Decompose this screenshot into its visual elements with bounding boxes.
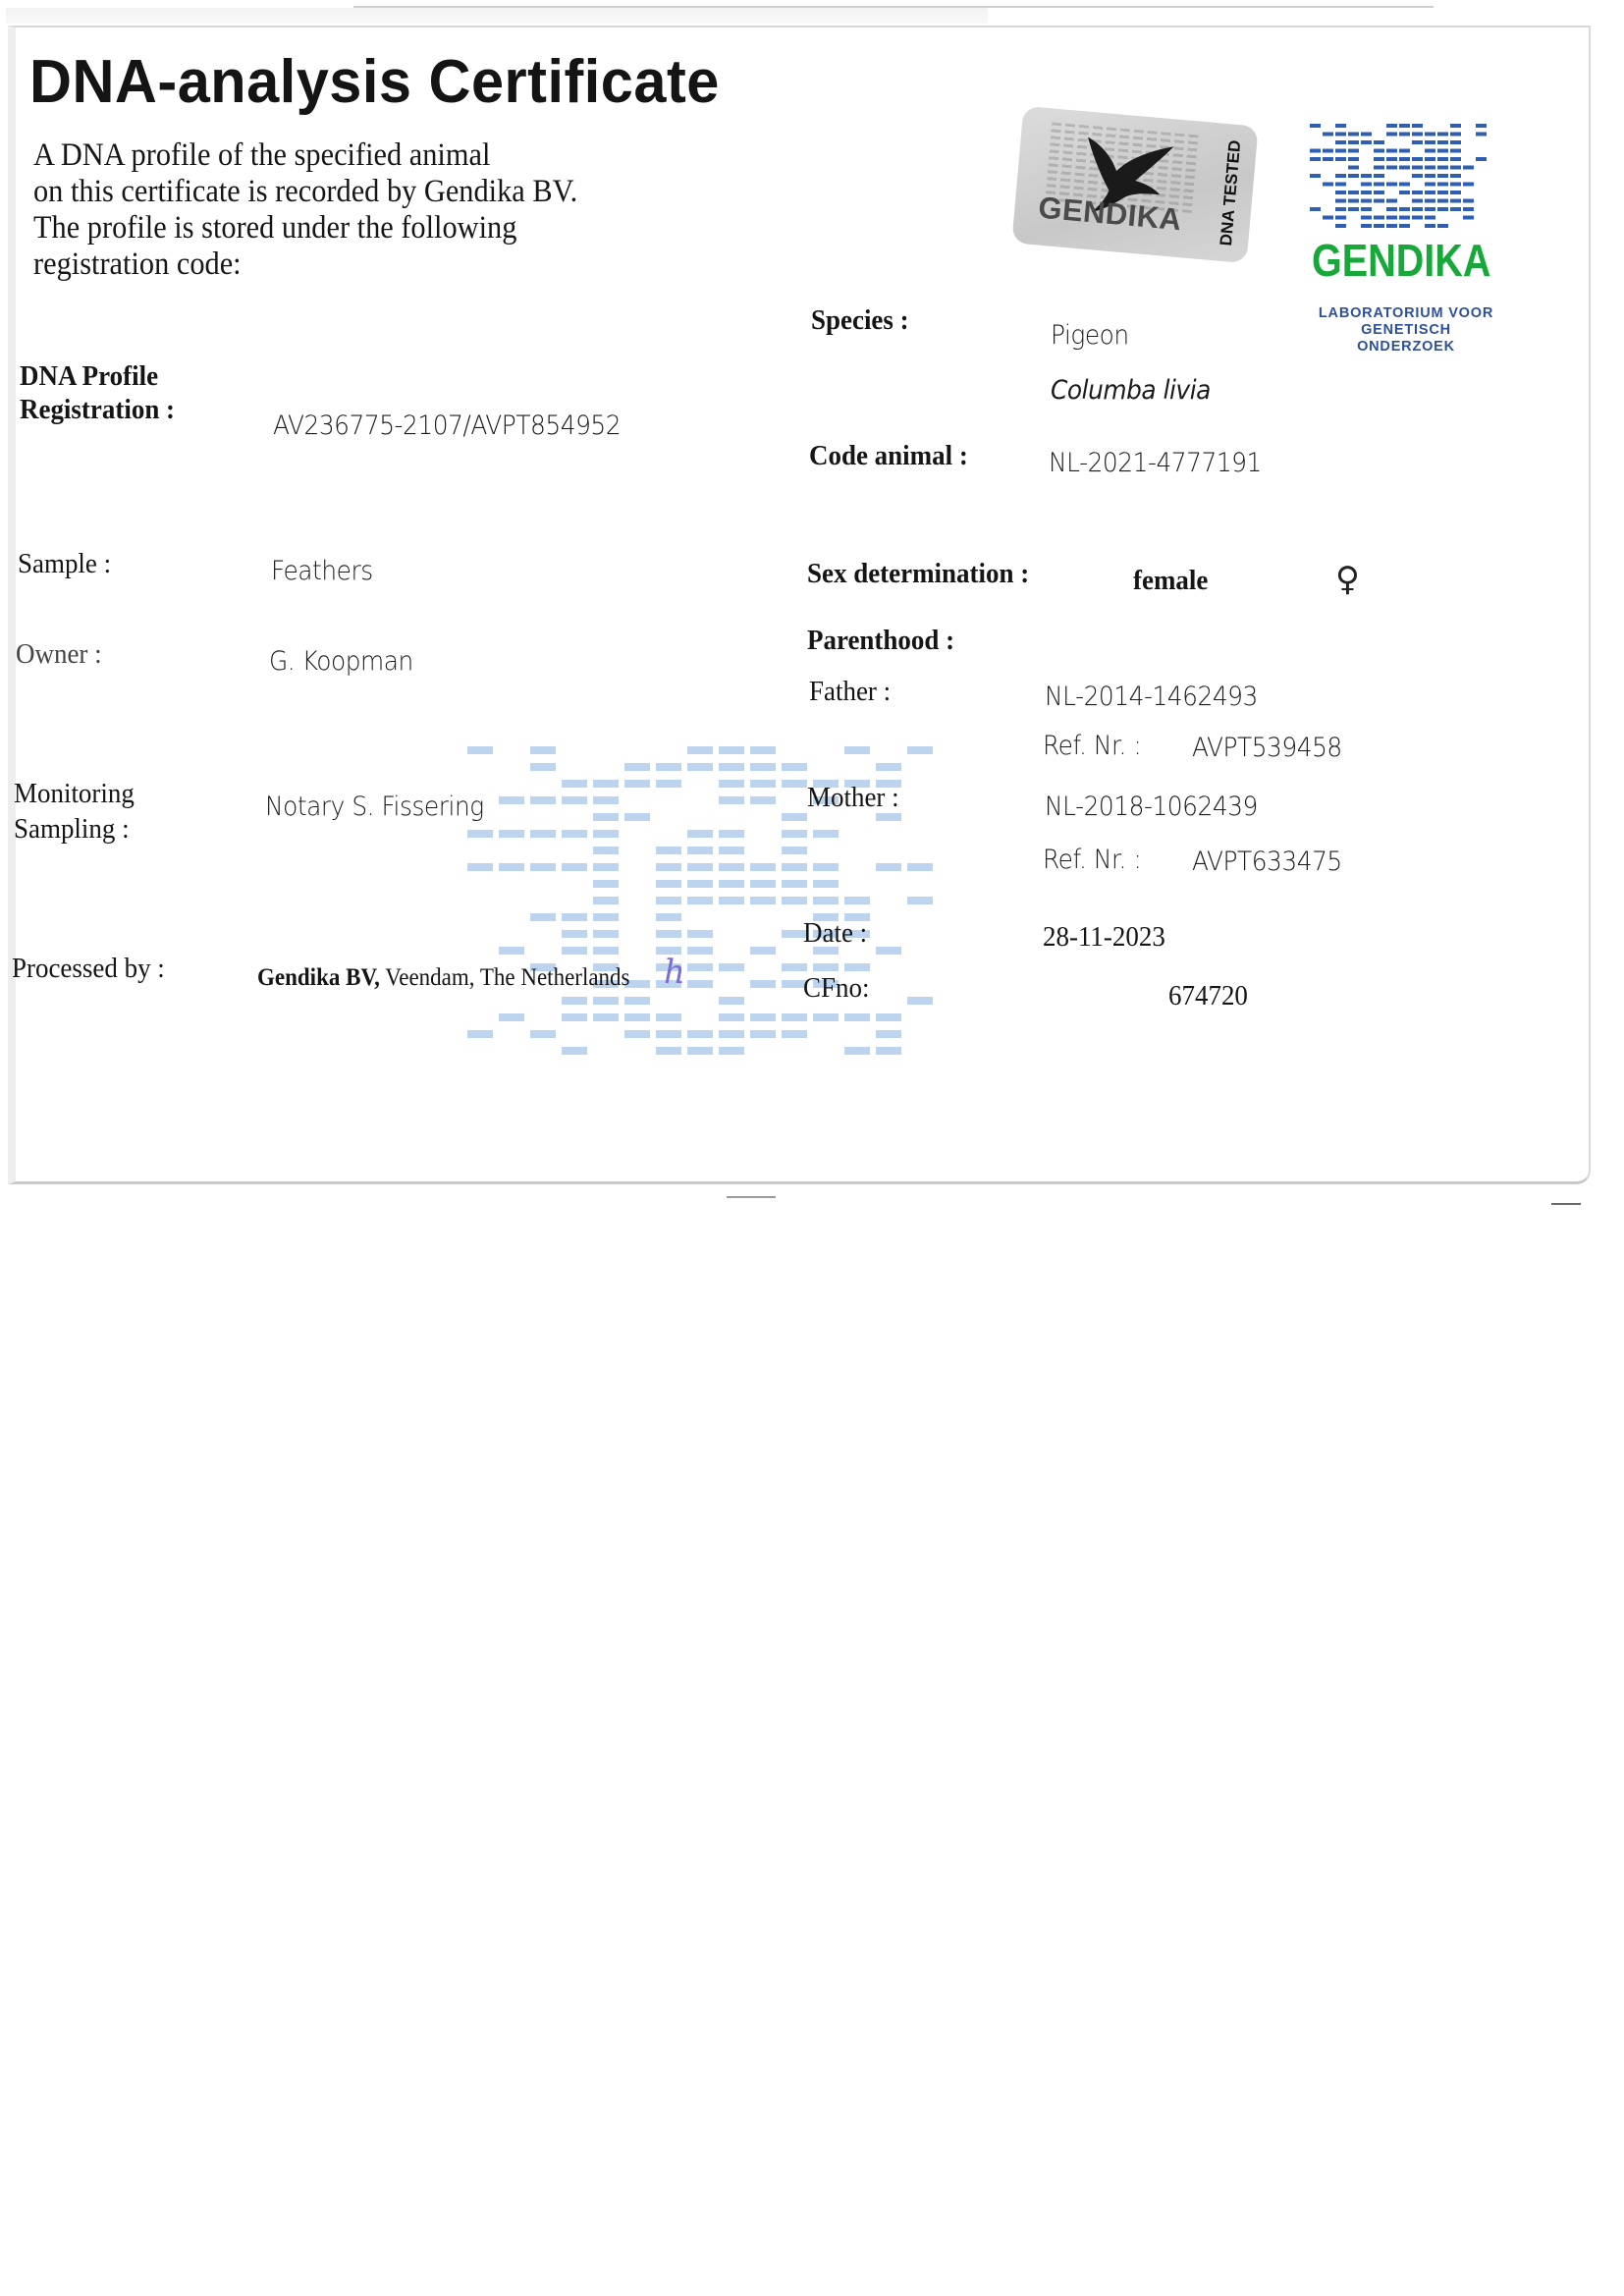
mother-ref-label: Ref. Nr. : [1043, 845, 1141, 875]
registration-label-line: Registration : [20, 393, 175, 426]
parenthood-label: Parenthood : [807, 625, 954, 657]
father-ring: NL-2014-1462493 [1045, 682, 1258, 712]
processed-by-label: Processed by : [12, 953, 165, 985]
monitoring-label-line: Monitoring [14, 776, 135, 811]
father-label: Father : [809, 676, 891, 708]
mother-ring: NL-2018-1062439 [1045, 792, 1258, 822]
logo-tagline-line: GENETISCH ONDERZOEK [1313, 322, 1499, 355]
registration-label: DNA Profile Registration : [20, 359, 175, 426]
processed-by-company: Gendika BV, [257, 964, 380, 991]
monitoring-label: Monitoring Sampling : [14, 776, 135, 847]
intro-line: registration code: [33, 246, 577, 283]
logo-tagline-line: LABORATORIUM VOOR [1313, 305, 1499, 322]
initial-signature: h [664, 953, 685, 992]
mother-label: Mother : [807, 782, 899, 814]
sticker-dna-tested: DNA TESTED [1217, 139, 1245, 246]
species-label: Species : [811, 304, 909, 337]
sex-value: female [1133, 565, 1208, 597]
owner-value: G. Koopman [269, 646, 413, 677]
father-ref: AVPT539458 [1192, 733, 1342, 763]
intro-text: A DNA profile of the specified animal on… [33, 137, 577, 283]
processed-by-location: Veendam, The Netherlands [380, 964, 630, 991]
cfno-label: CFno: [803, 972, 869, 1005]
female-icon: ♀ [1335, 560, 1360, 599]
logo-tagline: LABORATORIUM VOOR GENETISCH ONDERZOEK [1313, 305, 1499, 355]
logo-name: GENDIKA [1312, 234, 1490, 287]
registration-value: AV236775-2107/AVPT854952 [273, 410, 621, 441]
code-animal-value: NL-2021-4777191 [1049, 448, 1262, 478]
date-label: Date : [803, 917, 867, 950]
registration-label-line: DNA Profile [20, 359, 175, 393]
mother-ref: AVPT633475 [1192, 847, 1342, 877]
dna-tested-sticker: GENDIKA DNA TESTED [1011, 106, 1258, 263]
monitoring-value: Notary S. Fissering [265, 792, 484, 822]
processed-by-value: Gendika BV, Veendam, The Netherlands [257, 964, 630, 992]
certificate-title: DNA-analysis Certificate [29, 47, 720, 117]
scan-edge-line [353, 6, 1434, 8]
scan-edge-mark [1551, 1203, 1581, 1205]
scan-shadow [6, 8, 988, 24]
monitoring-label-line: Sampling : [14, 811, 135, 847]
intro-line: A DNA profile of the specified animal [33, 137, 577, 174]
intro-line: The profile is stored under the followin… [33, 210, 577, 246]
scan-edge-mark [727, 1196, 776, 1198]
species-common-name: Pigeon [1051, 320, 1129, 351]
code-animal-label: Code animal : [809, 440, 968, 472]
owner-label: Owner : [16, 638, 102, 671]
dna-watermark-icon [461, 727, 1070, 1090]
gendika-logo-icon [1306, 120, 1502, 238]
species-latin-name: Columba livia [1051, 375, 1211, 406]
cfno-value: 674720 [1168, 980, 1248, 1012]
sample-label: Sample : [18, 548, 111, 580]
father-ref-label: Ref. Nr. : [1043, 731, 1141, 761]
intro-line: on this certificate is recorded by Gendi… [33, 174, 577, 210]
sex-label: Sex determination : [807, 558, 1029, 590]
sample-value: Feathers [271, 556, 373, 586]
date-value: 28-11-2023 [1043, 921, 1165, 954]
